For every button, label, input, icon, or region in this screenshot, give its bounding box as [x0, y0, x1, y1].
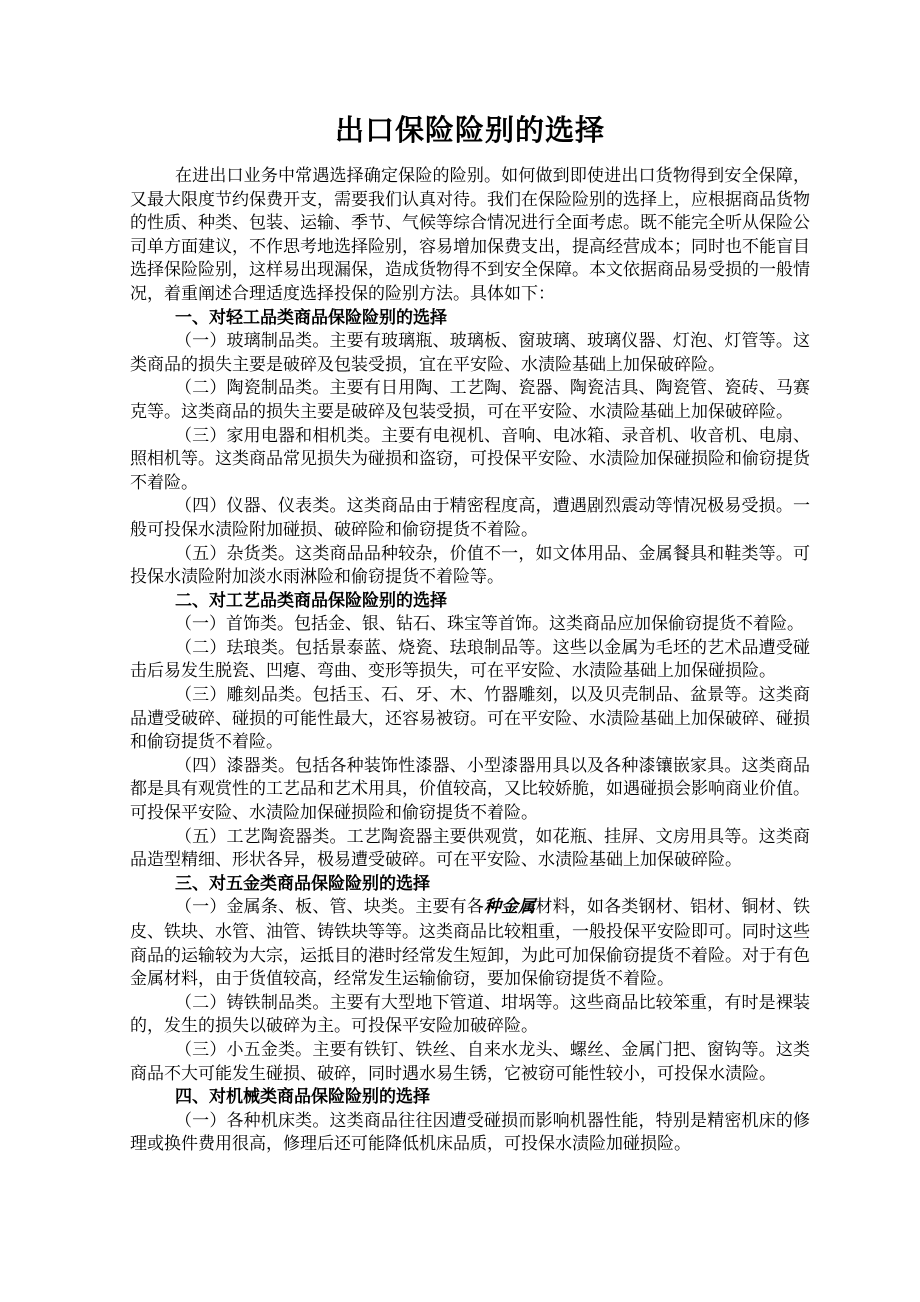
section-heading: 二、对工艺品类商品保险险别的选择	[130, 589, 810, 613]
paragraph: （一）首饰类。包括金、银、钻石、珠宝等首饰。这类商品应加保偷窃提货不着险。	[130, 612, 810, 636]
paragraph: （五）杂货类。这类商品品种较杂，价值不一，如文体用品、金属餐具和鞋类等。可投保水…	[130, 542, 810, 589]
paragraph: （一）金属条、板、管、块类。主要有各种金属材料，如各类钢材、铝材、铜材、铁皮、铁…	[130, 895, 810, 990]
paragraph: （三）小五金类。主要有铁钉、铁丝、自来水龙头、螺丝、金属门把、窗钩等。这类商品不…	[130, 1038, 810, 1085]
paragraph: （二）珐琅类。包括景泰蓝、烧瓷、珐琅制品等。这些以金属为毛坯的艺术品遭受碰击后易…	[130, 636, 810, 683]
section-heading: 一、对轻工品类商品保险险别的选择	[130, 306, 810, 330]
page-title: 出口保险险别的选择	[130, 112, 810, 150]
section-heading: 三、对五金类商品保险险别的选择	[130, 872, 810, 896]
document-body: 在进出口业务中常遇选择确定保险的险别。如何做到即使进出口货物得到安全保障，又最大…	[130, 164, 810, 1156]
kai-font-run: 种金属	[484, 897, 536, 917]
paragraph: （一）玻璃制品类。主要有玻璃瓶、玻璃板、窗玻璃、玻璃仪器、灯泡、灯管等。这类商品…	[130, 329, 810, 376]
paragraph: 在进出口业务中常遇选择确定保险的险别。如何做到即使进出口货物得到安全保障，又最大…	[130, 164, 810, 306]
paragraph: （四）漆器类。包括各种装饰性漆器、小型漆器用具以及各种漆镶嵌家具。这类商品都是具…	[130, 754, 810, 825]
paragraph: （五）工艺陶瓷器类。工艺陶瓷器主要供观赏，如花瓶、挂屏、文房用具等。这类商品造型…	[130, 825, 810, 872]
paragraph: （四）仪器、仪表类。这类商品由于精密程度高，遭遇剧烈震动等情况极易受损。一般可投…	[130, 494, 810, 541]
paragraph: （二）铸铁制品类。主要有大型地下管道、坩埚等。这些商品比较笨重，有时是裸装的，发…	[130, 991, 810, 1038]
section-heading: 四、对机械类商品保险险别的选择	[130, 1085, 810, 1109]
document-page: 出口保险险别的选择 在进出口业务中常遇选择确定保险的险别。如何做到即使进出口货物…	[0, 0, 920, 1302]
paragraph: （三）家用电器和相机类。主要有电视机、音响、电冰箱、录音机、收音机、电扇、照相机…	[130, 424, 810, 495]
paragraph: （三）雕刻品类。包括玉、石、牙、木、竹器雕刻，以及贝壳制品、盆景等。这类商品遭受…	[130, 683, 810, 754]
paragraph: （二）陶瓷制品类。主要有日用陶、工艺陶、瓷器、陶瓷洁具、陶瓷管、瓷砖、马赛克等。…	[130, 376, 810, 423]
paragraph: （一）各种机床类。这类商品往往因遭受碰损而影响机器性能，特别是精密机床的修理或换…	[130, 1109, 810, 1156]
